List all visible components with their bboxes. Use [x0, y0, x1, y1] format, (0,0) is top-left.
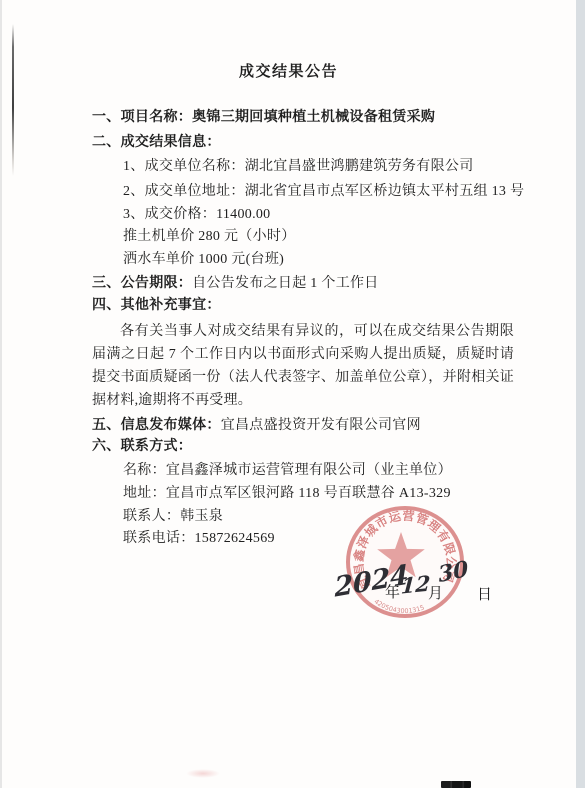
price-line-sprinkler: 洒水车单价 1000 元(台班) [123, 251, 284, 269]
scan-fold-artifact [12, 24, 14, 176]
objection-paragraph: 各有关当事人对成交结果有异议的，可以在成交结果公告期限届满之日起 7 个工作日内… [92, 320, 514, 412]
section-media-label: 五、信息发布媒体： [92, 418, 221, 433]
section-period-value: 自公告发布之日起 1 个工作日 [192, 276, 379, 291]
section-media-value: 宜昌点盛投资开发有限公司官网 [221, 418, 421, 433]
section-result-header: 二、成交结果信息： [92, 134, 221, 152]
contact-person-line: 联系人：韩玉泉 [123, 508, 223, 526]
result-item-price: 3、成交价格：11400.00 [123, 206, 270, 224]
result-item-winner-address: 2、成交单位地址：湖北省宜昌市点军区桥边镇太平村五组 13 号 [123, 183, 524, 201]
scan-pink-smudge [186, 769, 220, 778]
page-left-edge [0, 0, 2, 788]
scan-right-edge-band [576, 0, 585, 788]
section-period: 三、公告期限：自公告发布之日起 1 个工作日 [92, 275, 379, 293]
section-other-header: 四、其他补充事宜： [92, 297, 221, 315]
document-title: 成交结果公告 [0, 63, 577, 81]
contact-phone-line: 联系电话：15872624569 [123, 530, 275, 548]
section-project-value: 奥锦三期回填种植土机械设备租赁采购 [192, 110, 435, 125]
section-project-name: 一、项目名称：奥锦三期回填种植土机械设备租赁采购 [92, 109, 435, 127]
scanned-document-page: 成交结果公告 一、项目名称：奥锦三期回填种植土机械设备租赁采购 二、成交结果信息… [0, 0, 585, 788]
section-media: 五、信息发布媒体：宜昌点盛投资开发有限公司官网 [92, 417, 421, 435]
contact-name-line: 名称：宜昌鑫泽城市运营管理有限公司（业主单位） [123, 462, 452, 480]
scan-cutoff-label-artifact [441, 781, 471, 788]
section-project-label: 一、项目名称： [92, 110, 192, 125]
section-contact-header: 六、联系方式： [92, 438, 192, 456]
section-period-label: 三、公告期限： [92, 276, 192, 291]
handwritten-month: 12 [400, 570, 431, 598]
price-line-bulldozer: 推土机单价 280 元（小时） [123, 228, 296, 246]
result-item-winner-name: 1、成交单位名称：湖北宜昌盛世鸿鹏建筑劳务有限公司 [123, 158, 474, 176]
